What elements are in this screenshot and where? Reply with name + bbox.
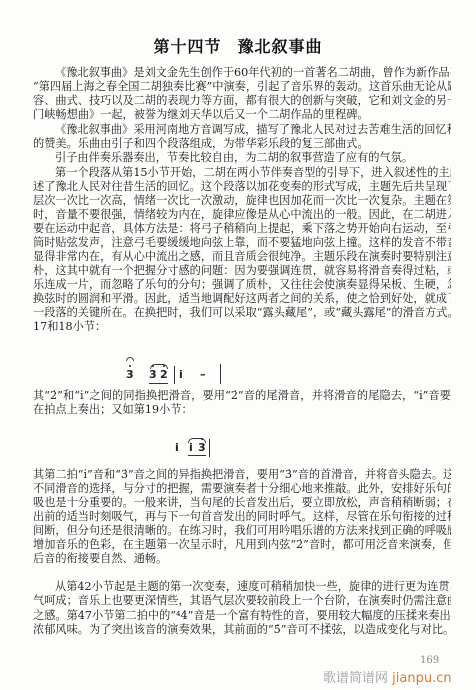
text-line: 不同滑音的选择，与分寸的把握，需要演奏者十分细心地来推敲。此外，安排好乐句的分句… [33,482,451,496]
text-line: 《豫北叙事曲》是刘文金先生创作于60年代初的一首著名二胡曲，曾作为新作品在196… [33,66,451,80]
text-line: 第一个段落从第15小节开始，二胡在两小节伴奏音型的引导下，进入叙述性的主题呈示，… [33,166,451,180]
text-line: 要在运动中起音，具体方法是：将弓子稍稍向上提起，乘下落之势开始向右运动，至弓毛落… [33,222,451,236]
text-line: 出前的适当时刻吸气，再与下一句首音发出的同时呼气。这样，尽管在乐句衔接的过程中音… [33,510,451,524]
text-line: 层次一次比一次高，情绪一次比一次激动，旋律也因加花而一次比一次复杂。主题在第一次… [33,194,451,208]
note-dash: – [200,368,206,381]
eighth-underline [149,383,168,384]
text-line: 显得非常内在，有从心中流出之感，而且音质会很纯净。主题乐段在演奏时要特别注意连贯… [33,250,451,264]
barline [220,364,221,384]
text-line: 乐连成一片，而忽略了乐句的分句；强调了质朴，又往往会使演奏显得呆板、生硬，忽略了… [33,278,451,292]
slur-icon [150,364,168,369]
note-2-high: 2 [160,368,168,381]
text-line: 容、曲式、技巧以及二胡的表现力等方面，都有很大的创新与突破，它和刘文金的另一首作… [33,94,451,108]
text-line: 气呵成；音乐上也要更深情些，其语气层次要较前段上一个台阶，在演奏时仍需注意曲调的… [33,594,451,608]
section-number: 第十四节 [153,37,221,56]
section-name: 豫北叙事曲 [238,37,323,56]
text-line: 其“2̇”和“i̇”之间的同指换把滑音，要用“2̇”音的尾滑音，并将滑音的尾隐去… [33,389,451,403]
section-title: 第十四节豫北叙事曲 [0,34,476,57]
text-line: 朴，这其中就有一个把握分寸感的问题：因为要强调连贯，就容易将滑音奏得过粘，或将整… [33,264,451,278]
note-3-high: 3 [126,368,134,381]
note-1-high: i [179,368,183,381]
slur-icon [188,438,206,443]
text-line: 之感。第47小节第二拍中的“⁴4̇”音是一个富有特性的音，要用较大幅度的压揉来奏… [33,609,451,623]
text-line: “第四届上海之春全国二胡独奏比赛”中演奏，引起了音乐界的轰动。这首乐曲无论从题材… [33,80,451,94]
text-line: 的赞美。乐曲由引子和四个段落组成，为带华彩乐段的复三部曲式。 [33,137,451,151]
text-line: 吸也是十分重要的。一般来讲，当句尾的长音发出后，要立即放松，声音稍稍断弱；在句首… [33,496,451,510]
note-1-high-a: i [175,441,179,454]
text-line: 间断，但分句还是很清晰的。在练习时，我们可用吟唱乐谱的方法来找到正确的呼吸感觉。… [33,524,451,538]
text-line: 后音的衔接要自然、通畅。 [33,552,451,566]
text-line: 增加音乐的色彩，在主题第一次呈示时，凡用到内弦“2̇”音时，都可用泛音来演奏，但… [33,538,451,552]
watermark-cn: 歌谱简谱网 [323,671,388,686]
page-number: 169 [420,655,439,666]
text-line: 从第42小节起是主题的第一次变奏，速度可稍稍加快一些，旋律的进行更为连贯、爽朗，… [33,580,451,594]
text-line: 换弦时的圆润和平滑。因此，适当地调配好这两者之间的关系，使之恰到好处，就成了演奏… [33,292,451,306]
text-line: 在拍点上奏出；又如第19小节： [33,403,451,417]
text-line: 时，音量不要很强，情绪较为内在，旋律应像是从心中流出的一般。因此，在二胡进入时，… [33,208,451,222]
fermata-icon [126,357,134,361]
note-3-high: 3 [198,441,206,454]
note-1-high-b: i [189,441,193,454]
document-page: 第十四节豫北叙事曲 《豫北叙事曲》是刘文金先生创作于60年代初的一首著名二胡曲，… [0,0,476,690]
text-line: 浓郁风味。为了突出该音的演奏效果，其前面的“5̇”音可不揉弦，以造成变化与对比。… [33,623,451,637]
barline [209,439,210,457]
watermark: 歌谱简谱网 jianpu.cn [323,667,452,686]
text-line: 其第二拍“i̇”音和“3̇”音之间的异指换把滑音，要用“3̇”音的首滑音，并将音… [33,468,451,482]
text-line: 引子由伴奏乐器奏出，节奏比较自由，为二胡的叙事营造了应有的气氛。 [33,151,451,165]
barline [174,366,175,384]
text-line: 《豫北叙事曲》采用河南地方音调写成，描写了豫北人民对过去苦难生活的回忆和对新生活 [33,123,451,137]
text-line: 筒时贴弦发声，注意弓毛要缓缓地向弦上靠，而不要猛地向弦上撞。这样的发音不带音头，… [33,236,451,250]
text-line: 门峡畅想曲》一起，被誉为继刘天华以后又一个二胡作品的里程碑。 [33,108,451,122]
text-line: 一段落的关键所在。在换把时，我们可以采取“露头藏尾”，或“藏头露尾”的滑音方式。… [33,306,451,320]
note-3-high-b: 3 [149,368,157,381]
eighth-underline [188,455,206,456]
watermark-en: jianpu.cn [392,671,451,686]
text-line: 述了豫北人民对往昔生活的回忆。这个段落以加花变奏的形式写成，主题先后共呈现了三次… [33,180,451,194]
text-line: 17和18小节： [33,320,451,334]
